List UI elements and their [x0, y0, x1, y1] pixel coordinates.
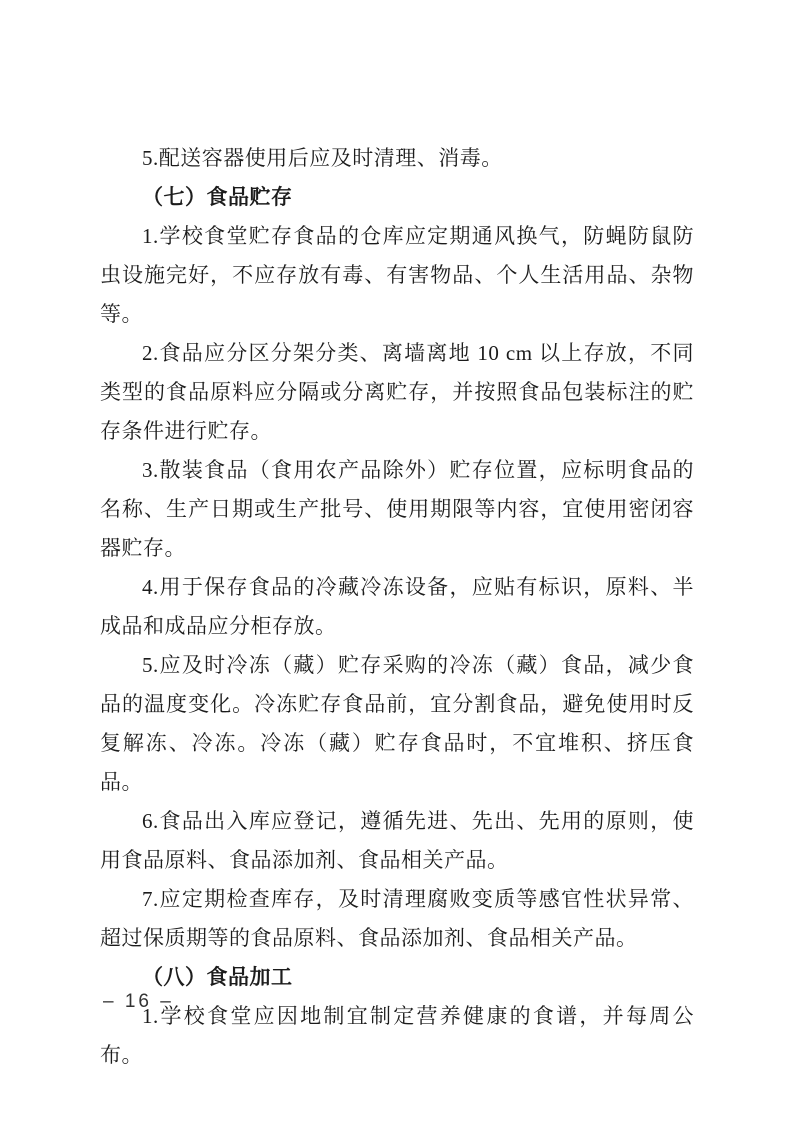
paragraph: 4.用于保存食品的冷藏冷冻设备，应贴有标识，原料、半成品和成品应分柜存放。: [100, 568, 694, 646]
paragraph: 6.食品出入库应登记，遵循先进、先出、先用的原则，使用食品原料、食品添加剂、食品…: [100, 802, 694, 880]
paragraph: 7.应定期检查库存，及时清理腐败变质等感官性状异常、超过保质期等的食品原料、食品…: [100, 880, 694, 958]
section-heading: （七）食品贮存: [100, 178, 694, 217]
document-body: 5.配送容器使用后应及时清理、消毒。 （七）食品贮存 1.学校食堂贮存食品的仓库…: [100, 139, 694, 1075]
paragraph: 1.学校食堂应因地制宜制定营养健康的食谱，并每周公布。: [100, 997, 694, 1075]
paragraph: 3.散装食品（食用农产品除外）贮存位置，应标明食品的名称、生产日期或生产批号、使…: [100, 451, 694, 568]
paragraph: 5.配送容器使用后应及时清理、消毒。: [100, 139, 694, 178]
document-page: 5.配送容器使用后应及时清理、消毒。 （七）食品贮存 1.学校食堂贮存食品的仓库…: [0, 0, 794, 1123]
paragraph: 5.应及时冷冻（藏）贮存采购的冷冻（藏）食品，减少食品的温度变化。冷冻贮存食品前…: [100, 646, 694, 802]
paragraph: 2.食品应分区分架分类、离墙离地 10 cm 以上存放，不同类型的食品原料应分隔…: [100, 334, 694, 451]
section-heading: （八）食品加工: [100, 958, 694, 997]
page-number: – 16 –: [103, 991, 174, 1013]
paragraph: 1.学校食堂贮存食品的仓库应定期通风换气，防蝇防鼠防虫设施完好，不应存放有毒、有…: [100, 217, 694, 334]
